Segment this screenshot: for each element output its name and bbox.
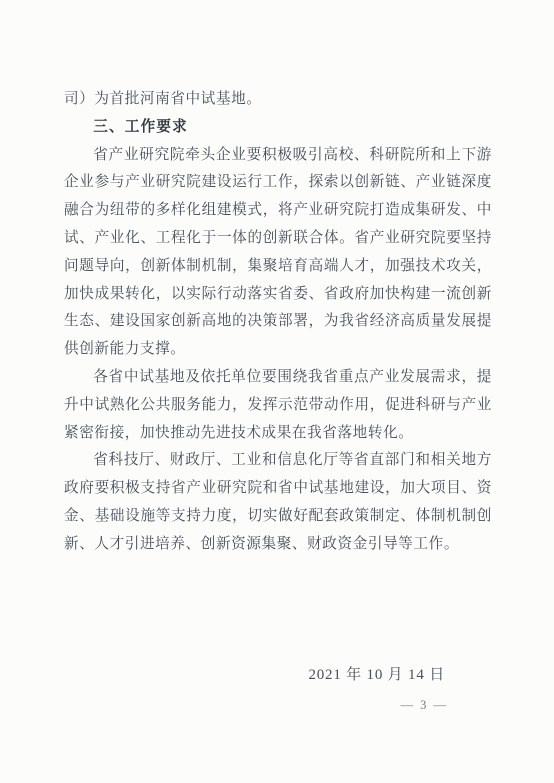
paragraph: 省产业研究院牵头企业要积极吸引高校、科研院所和上下游企业参与产业研究院建设运行工… (64, 142, 492, 364)
document-date: 2021 年 10 月 14 日 (308, 664, 445, 686)
section-heading: 三、工作要求 (64, 114, 492, 142)
paragraph: 省科技厅、财政厅、工业和信息化厅等省直部门和相关地方政府要积极支持省产业研究院和… (64, 447, 492, 558)
document-page: 司）为首批河南省中试基地。 三、工作要求 省产业研究院牵头企业要积极吸引高校、科… (0, 0, 554, 783)
continuation-line: 司）为首批河南省中试基地。 (64, 86, 492, 114)
paragraph: 各省中试基地及依托单位要围绕我省重点产业发展需求，提升中试熟化公共服务能力，发挥… (64, 364, 492, 447)
page-number: — 3 — (401, 696, 449, 714)
document-body: 司）为首批河南省中试基地。 三、工作要求 省产业研究院牵头企业要积极吸引高校、科… (64, 86, 492, 559)
